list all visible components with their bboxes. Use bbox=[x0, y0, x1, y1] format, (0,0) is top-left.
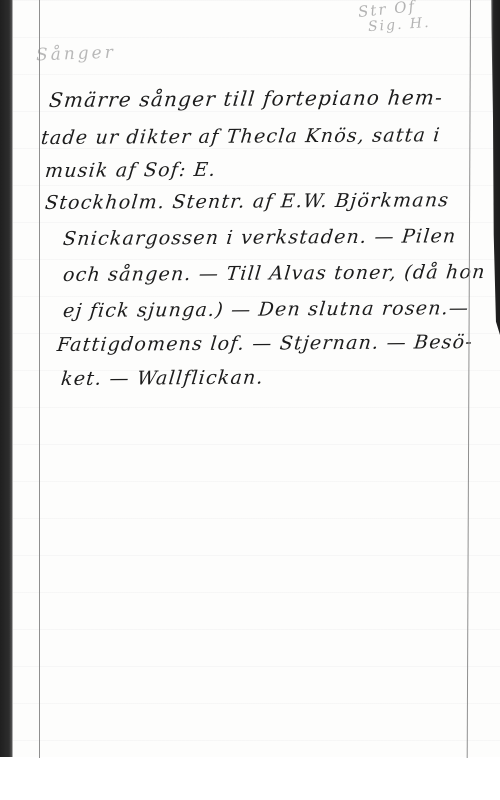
handwriting-line: och sången. — Till Alvas toner, (då hon bbox=[62, 261, 487, 286]
scan-edge-shadow-left bbox=[0, 0, 13, 757]
handwriting-line: ej fick sjunga.) — Den slutna rosen.— bbox=[62, 297, 470, 322]
handwriting-line: Smärre sånger till fortepiano hem- bbox=[48, 85, 444, 112]
margin-rule-left bbox=[39, 0, 40, 758]
handwriting-line: Stockholm. Stentr. af E.W. Björkmans bbox=[44, 189, 450, 214]
handwriting-line: tade ur dikter af Thecla Knös, satta i bbox=[40, 124, 442, 149]
handwriting-line: ket. — Wallflickan. bbox=[60, 367, 265, 390]
handwriting-block: Smärre sånger till fortepiano hem- tade … bbox=[0, 0, 500, 420]
handwriting-line: Fattigdomens lof. — Stjernan. — Besö- bbox=[56, 331, 474, 356]
scanned-document: Str Of Sig. H. Sånger Smärre sånger till… bbox=[0, 0, 500, 800]
handwriting-line: Snickargossen i verkstaden. — Pilen bbox=[62, 225, 458, 250]
handwriting-line: musik af Sof: E. bbox=[44, 159, 217, 182]
document-card: Str Of Sig. H. Sånger Smärre sånger till… bbox=[0, 0, 500, 757]
